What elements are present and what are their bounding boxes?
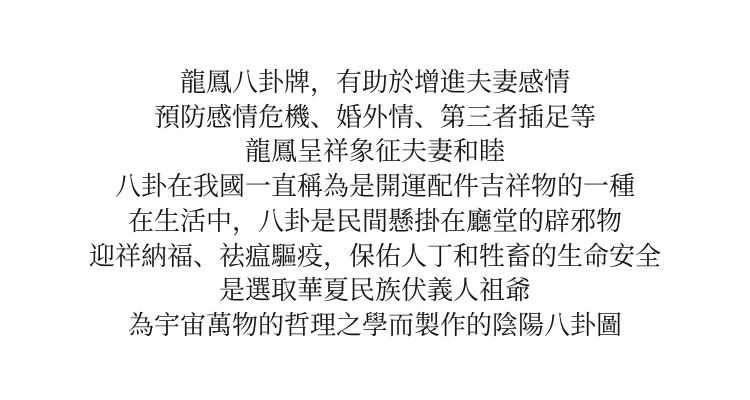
- text-line-6: 迎祥納福、祛瘟驅疫，保佑人丁和牲畜的生命安全: [0, 240, 750, 275]
- text-line-1: 龍鳳八卦牌，有助於增進夫妻感情: [0, 66, 750, 101]
- description-text-block: 龍鳳八卦牌，有助於增進夫妻感情 預防感情危機、婚外情、第三者插足等 龍鳳呈祥象征…: [0, 66, 750, 344]
- text-line-2: 預防感情危機、婚外情、第三者插足等: [0, 101, 750, 136]
- text-line-4: 八卦在我國一直稱為是開運配件吉祥物的一種: [0, 170, 750, 205]
- text-line-7: 是選取華夏民族伏義人祖爺: [0, 274, 750, 309]
- text-line-3: 龍鳳呈祥象征夫妻和睦: [0, 135, 750, 170]
- text-line-8: 為宇宙萬物的哲理之學而製作的陰陽八卦圖: [0, 309, 750, 344]
- product-description-image: 龍鳳八卦牌，有助於增進夫妻感情 預防感情危機、婚外情、第三者插足等 龍鳳呈祥象征…: [0, 0, 750, 400]
- text-line-5: 在生活中，八卦是民間懸掛在廳堂的辟邪物: [0, 205, 750, 240]
